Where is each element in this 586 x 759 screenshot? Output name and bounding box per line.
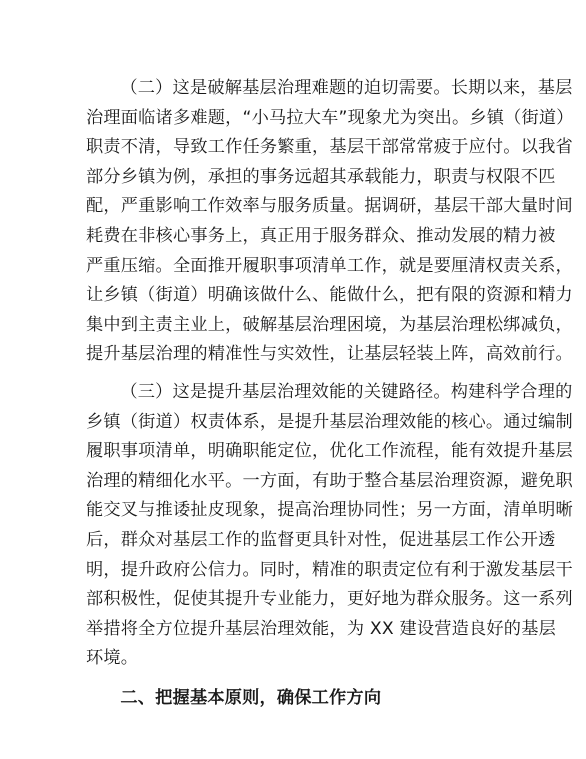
- text-line: 严重压缩。全面推开履职事项清单工作，就是要厘清权责关系，: [86, 252, 502, 282]
- document-page: （二）这是破解基层治理难题的迫切需要。长期以来，基层 治理面临诸多难题，“小马拉…: [86, 74, 502, 713]
- text-line: （三）这是提升基层治理效能的关键路径。构建科学合理的: [86, 378, 502, 408]
- text-line: 治理的精细化水平。一方面，有助于整合基层治理资源，避免职: [86, 467, 502, 497]
- text-line: 能交叉与推诿扯皮现象，提高治理协同性；另一方面，清单明晰: [86, 496, 502, 526]
- text-line: 后，群众对基层工作的监督更具针对性，促进基层工作公开透: [86, 526, 502, 556]
- paragraph-section-2: （二）这是破解基层治理难题的迫切需要。长期以来，基层 治理面临诸多难题，“小马拉…: [86, 74, 502, 370]
- text-line: 履职事项清单，明确职能定位，优化工作流程，能有效提升基层: [86, 437, 502, 467]
- text-line: 部分乡镇为例，承担的事务远超其承载能力，职责与权限不匹: [86, 163, 502, 193]
- text-line: 配，严重影响工作效率与服务质量。据调研，基层干部大量时间: [86, 192, 502, 222]
- text-line: 环境。: [86, 644, 502, 674]
- text-line: （二）这是破解基层治理难题的迫切需要。长期以来，基层: [86, 74, 502, 104]
- text-line: 耗费在非核心事务上，真正用于服务群众、推动发展的精力被: [86, 222, 502, 252]
- text-line: 举措将全方位提升基层治理效能，为 XX 建设营造良好的基层: [86, 615, 502, 645]
- text-line: 提升基层治理的精准性与实效性，让基层轻装上阵，高效前行。: [86, 340, 502, 370]
- text-line: 乡镇（街道）权责体系，是提升基层治理效能的核心。通过编制: [86, 408, 502, 438]
- section-heading: 二、把握基本原则，确保工作方向: [86, 684, 502, 714]
- text-line: 部积极性，促使其提升专业能力，更好地为群众服务。这一系列: [86, 585, 502, 615]
- text-line: 治理面临诸多难题，“小马拉大车”现象尤为突出。乡镇（街道）: [86, 104, 502, 134]
- text-line: 明，提升政府公信力。同时，精准的职责定位有利于激发基层干: [86, 556, 502, 586]
- text-line: 职责不清，导致工作任务繁重，基层干部常常疲于应付。以我省: [86, 133, 502, 163]
- text-line: 集中到主责主业上，破解基层治理困境，为基层治理松绑减负，: [86, 311, 502, 341]
- paragraph-section-3: （三）这是提升基层治理效能的关键路径。构建科学合理的 乡镇（街道）权责体系，是提…: [86, 378, 502, 674]
- text-line: 让乡镇（街道）明确该做什么、能做什么，把有限的资源和精力: [86, 281, 502, 311]
